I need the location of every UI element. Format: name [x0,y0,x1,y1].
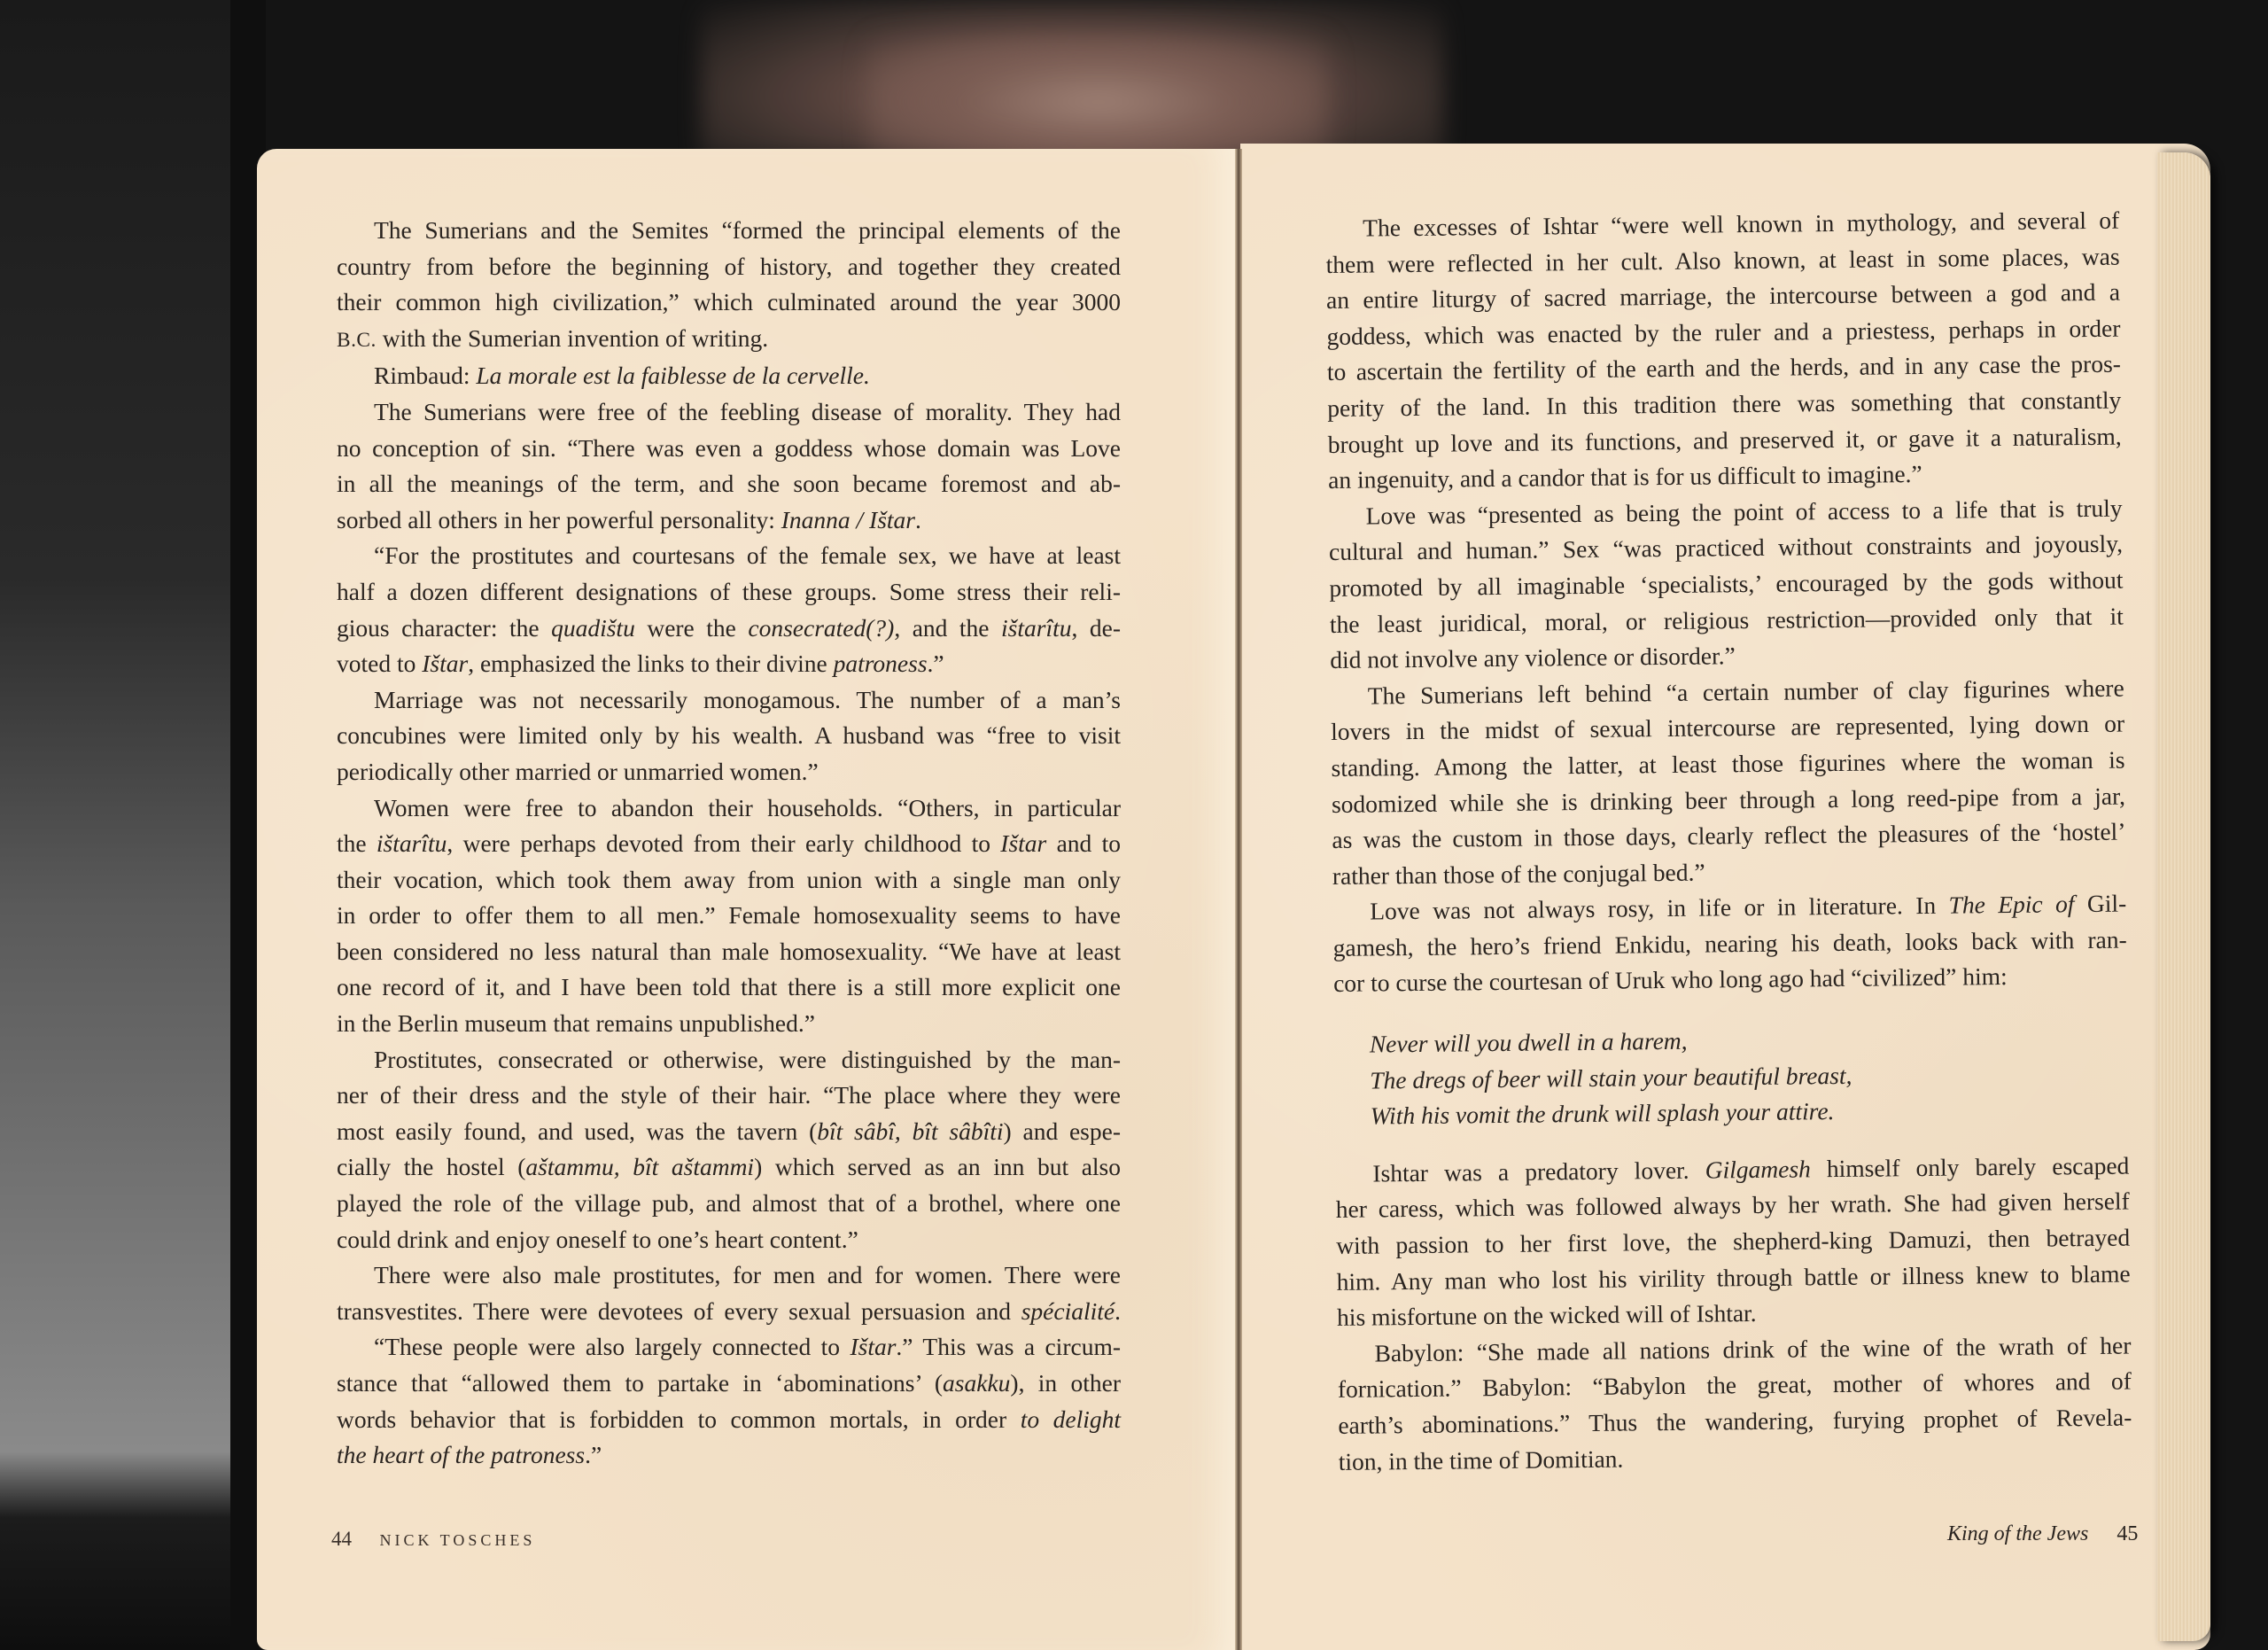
text-line: their common high civilization,” which c… [337,284,1121,321]
text-line: gious character: the quadištu were the c… [337,611,1121,647]
text-line: transvestites. There were devotees of ev… [337,1294,1121,1330]
right-page-footer: King of the Jews 45 [1947,1522,2138,1546]
gilgamesh-verse: Never will you dwell in a harem,The dreg… [1334,1019,2129,1135]
scanner-background-left [0,0,266,1650]
text-line: There were also male prostitutes, for me… [337,1257,1121,1294]
right-page-paragraphs-top: The excesses of Ishtar “were well known … [1325,203,2127,1002]
text-line: in order to offer them to all men.” Fema… [337,898,1121,934]
text-line: sorbed all others in her powerful person… [337,502,1121,539]
text-line: The Sumerians were free of the feebling … [337,394,1121,431]
text-line: periodically other married or unmarried … [337,754,1121,790]
page-number-left: 44 [331,1528,352,1550]
book-gutter [1235,149,1242,1650]
right-page-paragraphs-bottom: Ishtar was a predatory lover. Gilgamesh … [1335,1148,2132,1480]
page-edges [2157,152,2210,1641]
text-line: words behavior that is forbidden to comm… [337,1402,1121,1438]
text-line: The Sumerians and the Semites “formed th… [337,213,1121,249]
verse-line: With his vomit the drunk will splash you… [1370,1091,2128,1135]
text-line: country from before the beginning of his… [337,249,1121,285]
text-line: cor to curse the courtesan of Uruk who l… [1333,958,2127,1002]
text-line: Women were free to abandon their househo… [337,790,1121,827]
open-book: The Sumerians and the Semites “formed th… [257,149,2224,1650]
text-line: ner of their dress and the style of thei… [337,1078,1121,1114]
text-line: Marriage was not necessarily monogamous.… [337,682,1121,719]
text-line: most easily found, and used, was the tav… [337,1114,1121,1150]
text-line: Prostitutes, consecrated or otherwise, w… [337,1042,1121,1078]
page-number-right: 45 [2117,1522,2138,1545]
text-line: played the role of the village pub, and … [337,1186,1121,1222]
text-line: “These people were also largely connecte… [337,1329,1121,1366]
text-line: half a dozen different designations of t… [337,574,1121,611]
text-line: B.C. with the Sumerian invention of writ… [337,321,1121,359]
text-line: stance that “allowed them to partake in … [337,1366,1121,1402]
text-line: voted to Ištar, emphasized the links to … [337,646,1121,682]
right-page-body: The excesses of Ishtar “were well known … [1325,203,2132,1480]
text-line: been considered no less natural than mal… [337,934,1121,970]
text-line: in the Berlin museum that remains unpubl… [337,1006,1121,1042]
text-line: the heart of the patroness.” [337,1437,1121,1474]
text-line: no conception of sin. “There was even a … [337,431,1121,467]
running-head-title: King of the Jews [1947,1522,2088,1545]
text-line: their vocation, which took them away fro… [337,862,1121,899]
text-line: cially the hostel (aštammu, bît aštammi)… [337,1149,1121,1186]
text-line: in all the meanings of the term, and she… [337,466,1121,502]
text-line: Rimbaud: La morale est la faiblesse de l… [337,358,1121,394]
text-line: the ištarîtu, were perhaps devoted from … [337,826,1121,862]
text-line: concubines were limited only by his weal… [337,718,1121,754]
text-line: could drink and enjoy oneself to one’s h… [337,1222,1121,1258]
running-head-author: NICK TOSCHES [380,1531,536,1549]
left-page-footer: 44 NICK TOSCHES [331,1528,535,1551]
text-line: “For the prostitutes and courtesans of t… [337,538,1121,574]
left-page-body: The Sumerians and the Semites “formed th… [337,213,1121,1474]
text-line: one record of it, and I have been told t… [337,969,1121,1006]
